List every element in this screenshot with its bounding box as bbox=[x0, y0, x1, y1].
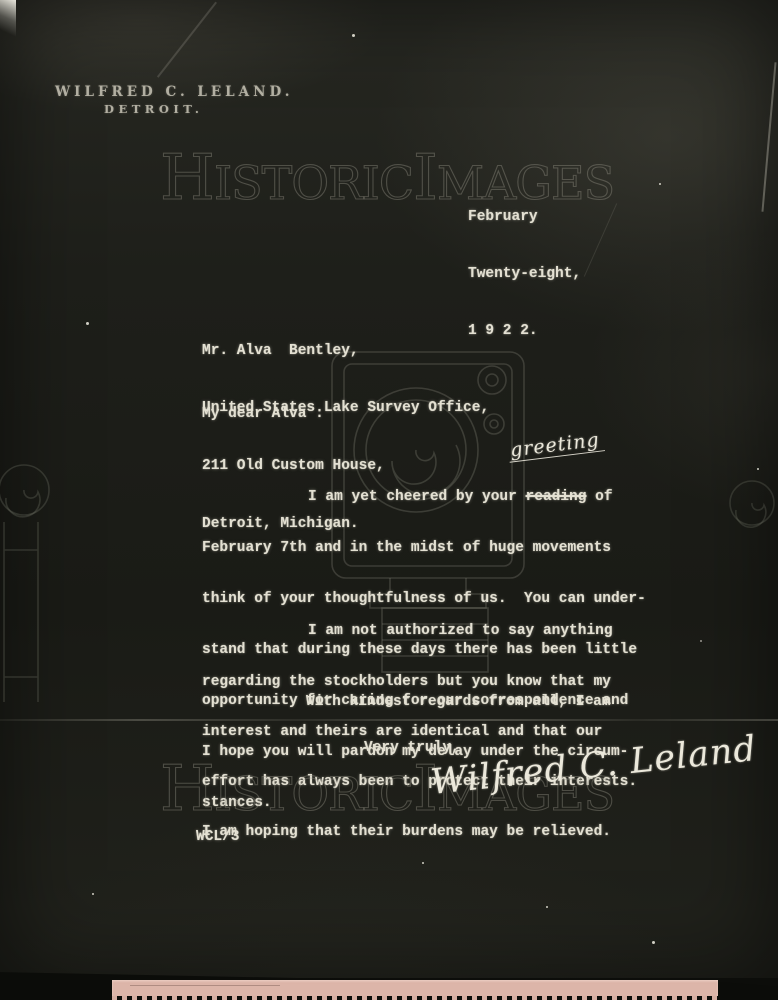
photo-speck bbox=[92, 893, 94, 895]
date-line: Twenty-eight, bbox=[468, 265, 581, 284]
paragraph-line: February 7th and in the midst of huge mo… bbox=[202, 540, 646, 557]
press-photo-scan: HISTORICIMAGES WILFRED C. LELAND. DETRO bbox=[0, 0, 778, 1000]
paragraph-line: I am yet cheered by your reading of bbox=[202, 489, 646, 506]
typed-text: I am yet cheered by your bbox=[308, 489, 526, 505]
closing-line: With kindest regards from all, I am bbox=[306, 694, 611, 710]
paragraph-line: I am not authorized to say anything bbox=[202, 623, 637, 640]
watermark-letters: ISTORIC bbox=[214, 767, 413, 821]
watermark-letters: ISTORIC bbox=[214, 156, 413, 210]
paragraph-line: interest and theirs are identical and th… bbox=[202, 724, 637, 741]
photo-scratch bbox=[761, 62, 776, 212]
letterhead-name: WILFRED C. LELAND. bbox=[55, 84, 293, 100]
photo-scratch bbox=[584, 203, 617, 276]
photo-crease bbox=[0, 719, 778, 721]
pencil-mark bbox=[130, 985, 280, 986]
typist-reference: WCL/3 bbox=[196, 829, 240, 845]
address-line: Mr. Alva Bentley, bbox=[202, 342, 489, 361]
photo-scratch bbox=[0, 0, 16, 42]
letterhead-city: DETROIT. bbox=[104, 102, 203, 116]
struck-word: reading bbox=[526, 489, 587, 505]
paragraph-line: regarding the stockholders but you know … bbox=[202, 674, 637, 691]
photo-speck bbox=[422, 862, 424, 864]
photo-speck bbox=[757, 468, 759, 470]
spiral-watermark-icon bbox=[0, 452, 66, 712]
serrated-edge bbox=[112, 996, 718, 1000]
photo-speck bbox=[652, 941, 655, 944]
typed-text: of bbox=[586, 489, 612, 505]
watermark-letter: H bbox=[160, 752, 214, 825]
date-line: February bbox=[468, 208, 581, 227]
photo: HISTORICIMAGES WILFRED C. LELAND. DETRO bbox=[0, 0, 778, 978]
photo-speck bbox=[700, 640, 702, 642]
photo-speck bbox=[659, 183, 661, 185]
paragraph-line: I am hoping that their burdens may be re… bbox=[202, 824, 637, 841]
valediction: Very truly, bbox=[364, 740, 460, 756]
photo-speck bbox=[352, 34, 355, 37]
mount-paper-strip bbox=[112, 980, 718, 997]
spiral-watermark-icon bbox=[722, 468, 778, 538]
photo-speck bbox=[86, 322, 89, 325]
watermark-letter: I bbox=[413, 141, 437, 214]
photo-scratch bbox=[157, 2, 217, 78]
photo-speck bbox=[546, 906, 548, 908]
watermark-letter: H bbox=[160, 141, 214, 214]
salutation: My dear Alva : bbox=[202, 406, 324, 422]
paragraph-2: I am not authorized to say anything rega… bbox=[202, 590, 637, 874]
